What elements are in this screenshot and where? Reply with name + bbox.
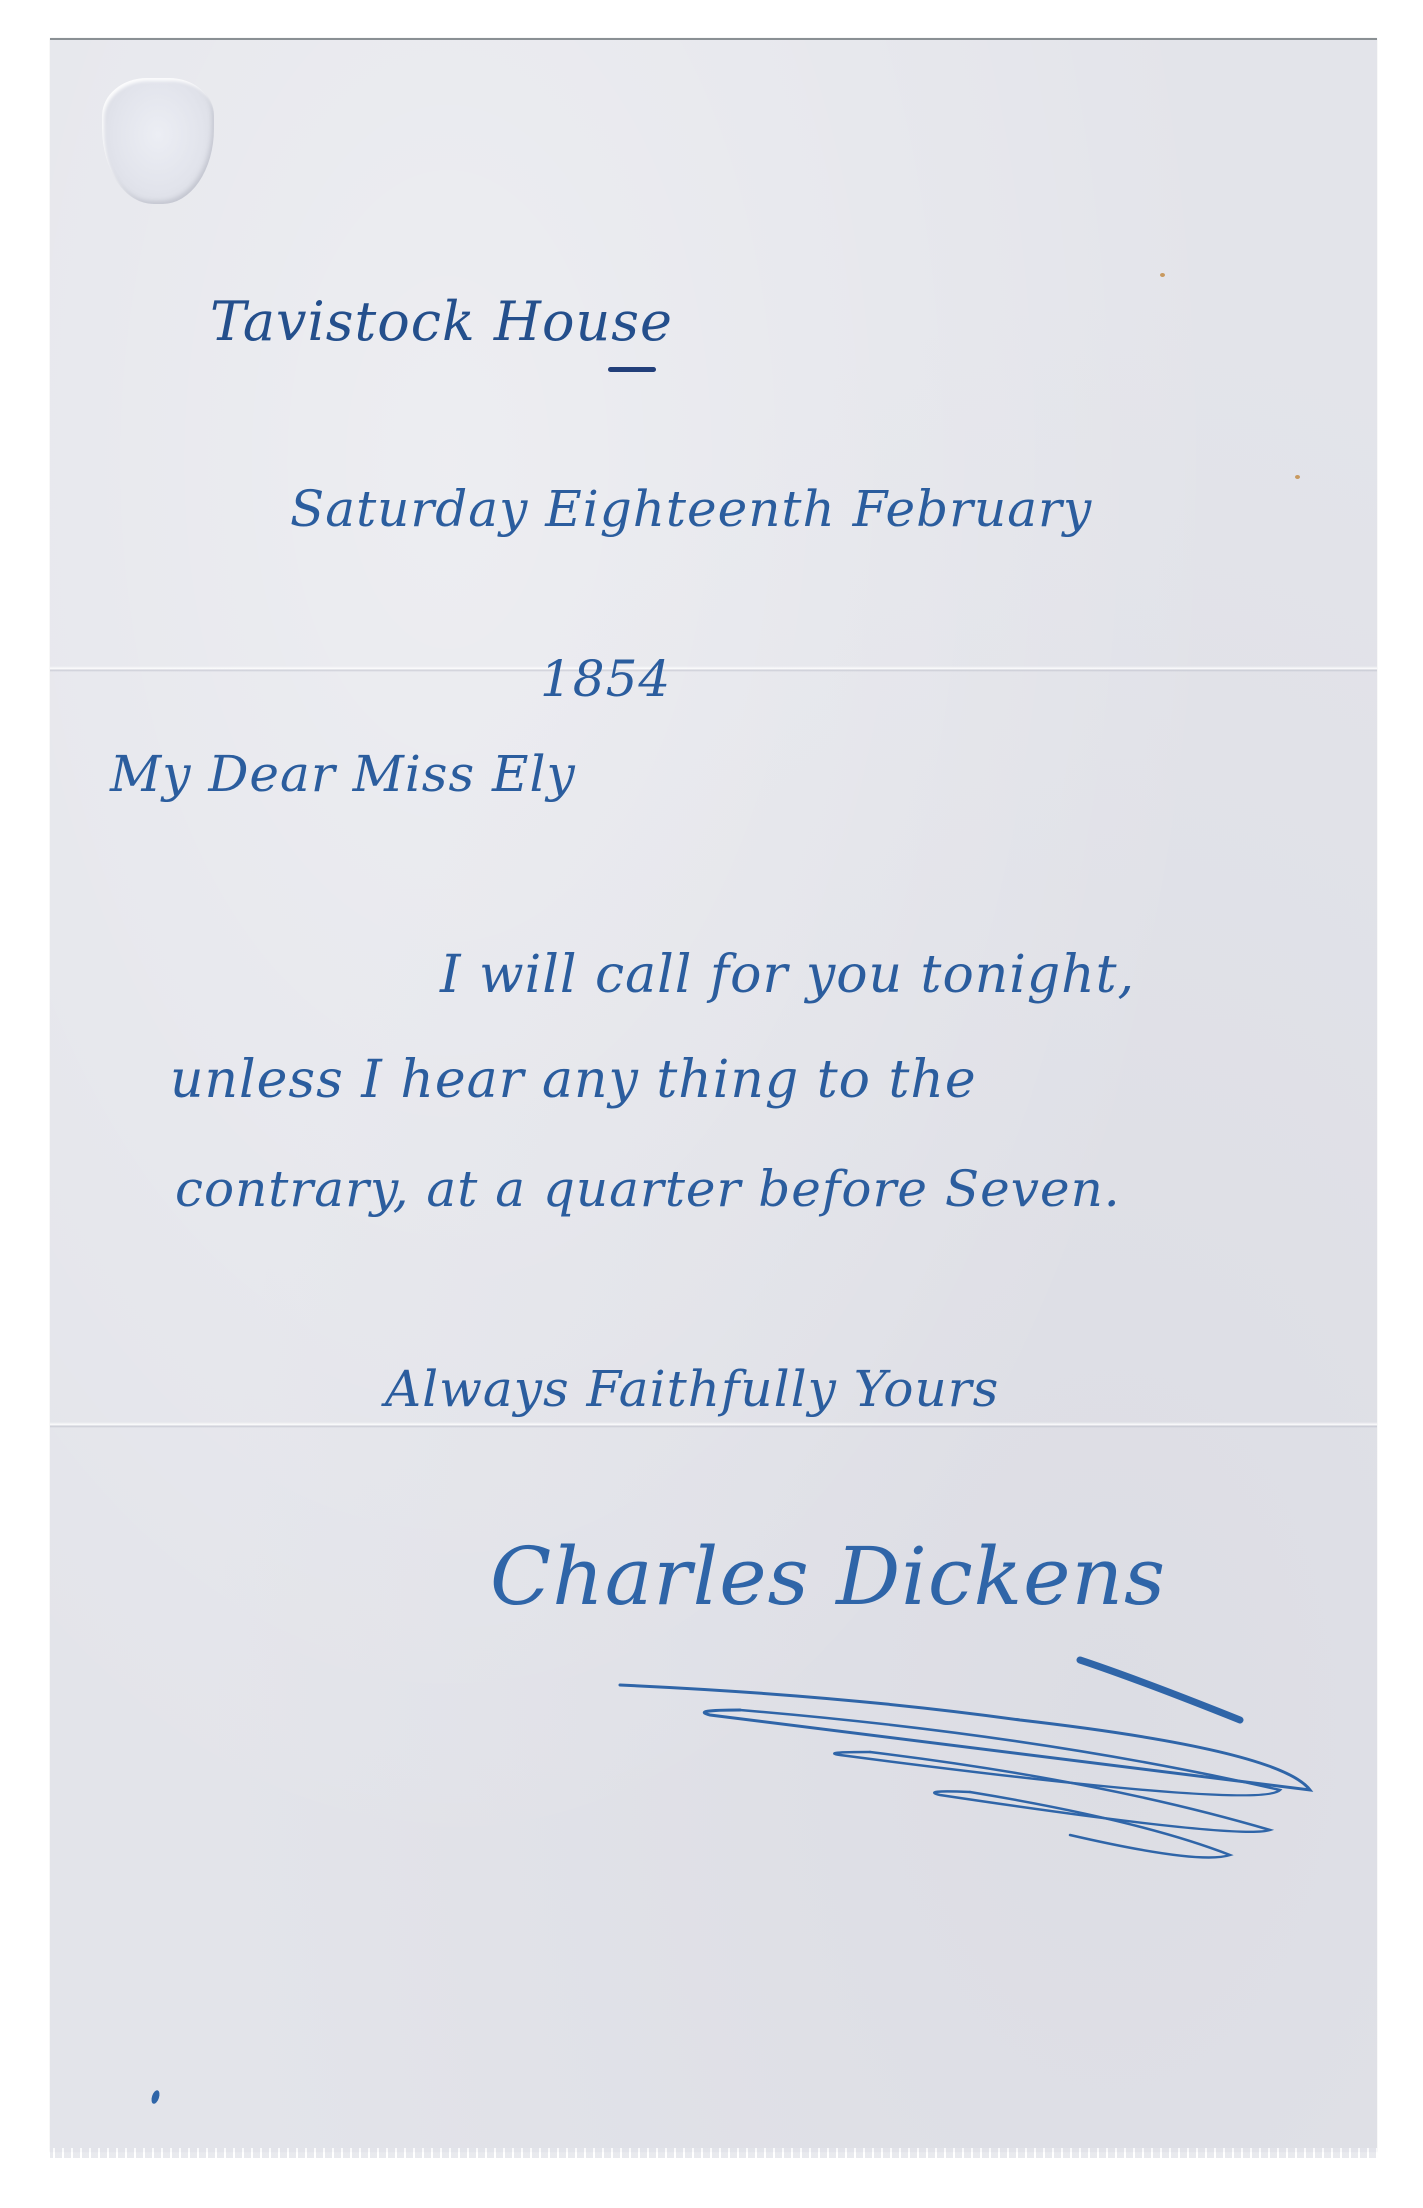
signature: Charles Dickens — [490, 1530, 1166, 1623]
torn-bottom-edge — [50, 2148, 1377, 2158]
letter-closing: Always Faithfully Yours — [385, 1360, 999, 1418]
letter-body-line: unless I hear any thing to the — [170, 1050, 977, 1110]
letter-body-line: contrary, at a quarter before Seven. — [175, 1160, 1121, 1218]
paper-speck — [1160, 273, 1165, 277]
signature-flourish-icon — [540, 1640, 1320, 1900]
letter-body-line: I will call for you tonight, — [440, 945, 1135, 1005]
fold-crease-upper — [50, 666, 1377, 672]
address-underline — [608, 367, 656, 372]
letter-address: Tavistock House — [210, 290, 673, 353]
letter-date: Saturday Eighteenth February — [290, 480, 1092, 538]
paper-speck — [1295, 475, 1300, 479]
fold-crease-lower — [50, 1422, 1377, 1428]
letter-salutation: My Dear Miss Ely — [110, 745, 576, 803]
letter-year: 1854 — [540, 650, 671, 708]
